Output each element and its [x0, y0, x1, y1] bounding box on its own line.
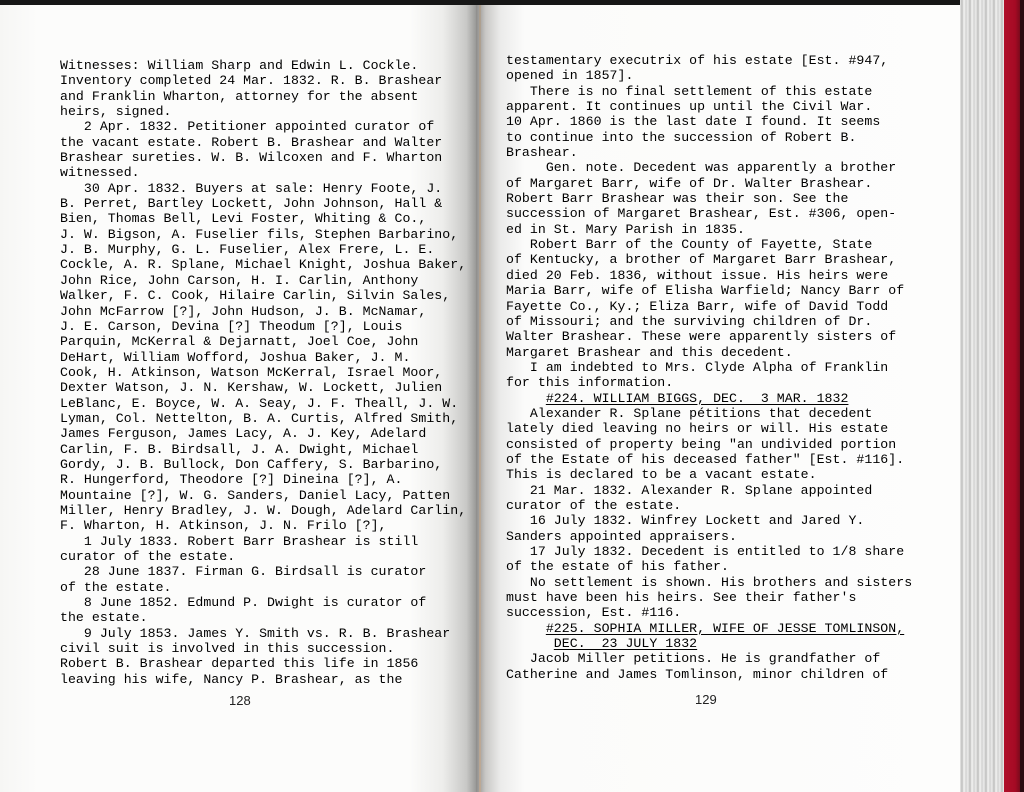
text-line: consisted of property being "an undivide… [506, 437, 912, 452]
text-line: of Kentucky, a brother of Margaret Barr … [506, 252, 912, 267]
text-line: B. Perret, Bartley Lockett, John Johnson… [60, 196, 466, 211]
text-line: J. B. Murphy, G. L. Fuselier, Alex Frere… [60, 242, 466, 257]
text-line: Dexter Watson, J. N. Kershaw, W. Lockett… [60, 380, 466, 395]
text-line: Cook, H. Atkinson, Watson McKerral, Isra… [60, 365, 466, 380]
entry-heading: #224. WILLIAM BIGGS, DEC. 3 MAR. 1832 [506, 391, 912, 406]
text-line: apparent. It continues up until the Civi… [506, 99, 912, 114]
text-line: John Rice, John Carson, H. I. Carlin, An… [60, 273, 466, 288]
text-line: Catherine and James Tomlinson, minor chi… [506, 667, 912, 682]
text-line: I am indebted to Mrs. Clyde Alpha of Fra… [506, 360, 912, 375]
text-line: of the Estate of his deceased father" [E… [506, 452, 912, 467]
text-line: 30 Apr. 1832. Buyers at sale: Henry Foot… [60, 181, 466, 196]
book-gutter [479, 5, 481, 792]
text-line: 21 Mar. 1832. Alexander R. Splane appoin… [506, 483, 912, 498]
text-line: Sanders appointed appraisers. [506, 529, 912, 544]
text-line: 9 July 1853. James Y. Smith vs. R. B. Br… [60, 626, 466, 641]
text-line: curator of the estate. [60, 549, 466, 564]
text-line: of Margaret Barr, wife of Dr. Walter Bra… [506, 176, 912, 191]
text-line: Walter Brashear. These were apparently s… [506, 329, 912, 344]
text-line: and Franklin Wharton, attorney for the a… [60, 89, 466, 104]
text-line: of the estate of his father. [506, 559, 912, 574]
text-line: leaving his wife, Nancy P. Brashear, as … [60, 672, 466, 687]
entry-heading: #225. SOPHIA MILLER, WIFE OF JESSE TOMLI… [506, 621, 912, 636]
open-book: Witnesses: William Sharp and Edwin L. Co… [0, 0, 1024, 792]
text-line: 8 June 1852. Edmund P. Dwight is curator… [60, 595, 466, 610]
text-line: died 20 Feb. 1836, without issue. His he… [506, 268, 912, 283]
text-line: Robert B. Brashear departed this life in… [60, 656, 466, 671]
text-line: testamentary executrix of his estate [Es… [506, 53, 912, 68]
text-line: 16 July 1832. Winfrey Lockett and Jared … [506, 513, 912, 528]
text-line: of Missouri; and the surviving children … [506, 314, 912, 329]
text-line: ed in St. Mary Parish in 1835. [506, 222, 912, 237]
text-line: witnessed. [60, 165, 466, 180]
text-line: for this information. [506, 375, 912, 390]
text-line: Parquin, McKerral & Dejarnatt, Joel Coe,… [60, 334, 466, 349]
text-line: heirs, signed. [60, 104, 466, 119]
text-line: the vacant estate. Robert B. Brashear an… [60, 135, 466, 150]
text-line: No settlement is shown. His brothers and… [506, 575, 912, 590]
text-line: Maria Barr, wife of Elisha Warfield; Nan… [506, 283, 912, 298]
text-line: succession of Margaret Brashear, Est. #3… [506, 206, 912, 221]
text-line: civil suit is involved in this successio… [60, 641, 466, 656]
entry-heading: DEC. 23 JULY 1832 [506, 636, 912, 651]
text-line: This is declared to be a vacant estate. [506, 467, 912, 482]
text-line: There is no final settlement of this est… [506, 84, 912, 99]
text-line: 2 Apr. 1832. Petitioner appointed curato… [60, 119, 466, 134]
text-line: Carlin, F. B. Birdsall, J. A. Dwight, Mi… [60, 442, 466, 457]
text-line: Gordy, J. B. Bullock, Don Caffery, S. Ba… [60, 457, 466, 472]
text-line: John McFarrow [?], John Hudson, J. B. Mc… [60, 304, 466, 319]
text-line: F. Wharton, H. Atkinson, J. N. Frilo [?]… [60, 518, 466, 533]
page-number-left: 128 [229, 693, 251, 708]
text-line: succession, Est. #116. [506, 605, 912, 620]
text-line: 28 June 1837. Firman G. Birdsall is cura… [60, 564, 466, 579]
text-line: Walker, F. C. Cook, Hilaire Carlin, Silv… [60, 288, 466, 303]
red-cover-edge [1004, 0, 1020, 792]
text-line: J. E. Carson, Devina [?] Theodum [?], Lo… [60, 319, 466, 334]
text-line: of the estate. [60, 580, 466, 595]
text-line: Robert Barr of the County of Fayette, St… [506, 237, 912, 252]
page-number-right: 129 [695, 692, 717, 707]
text-line: Alexander R. Splane pétitions that deced… [506, 406, 912, 421]
text-line: James Ferguson, James Lacy, A. J. Key, A… [60, 426, 466, 441]
text-line: opened in 1857]. [506, 68, 912, 83]
text-line: the estate. [60, 610, 466, 625]
text-line: Brashear sureties. W. B. Wilcoxen and F.… [60, 150, 466, 165]
right-page-text: testamentary executrix of his estate [Es… [506, 53, 912, 682]
text-line: Inventory completed 24 Mar. 1832. R. B. … [60, 73, 466, 88]
text-line: Fayette Co., Ky.; Eliza Barr, wife of Da… [506, 299, 912, 314]
page-fore-edge [960, 0, 1004, 792]
text-line: LeBlanc, E. Boyce, W. A. Seay, J. F. The… [60, 396, 466, 411]
left-page-text: Witnesses: William Sharp and Edwin L. Co… [60, 58, 466, 687]
text-line: Witnesses: William Sharp and Edwin L. Co… [60, 58, 466, 73]
text-line: DeHart, William Wofford, Joshua Baker, J… [60, 350, 466, 365]
text-line: Lyman, Col. Nettelton, B. A. Curtis, Alf… [60, 411, 466, 426]
text-line: Robert Barr Brashear was their son. See … [506, 191, 912, 206]
text-line: lately died leaving no heirs or will. Hi… [506, 421, 912, 436]
text-line: to continue into the succession of Rober… [506, 130, 912, 145]
text-line: 1 July 1833. Robert Barr Brashear is sti… [60, 534, 466, 549]
text-line: Margaret Brashear and this decedent. [506, 345, 912, 360]
text-line: 17 July 1832. Decedent is entitled to 1/… [506, 544, 912, 559]
text-line: Cockle, A. R. Splane, Michael Knight, Jo… [60, 257, 466, 272]
text-line: 10 Apr. 1860 is the last date I found. I… [506, 114, 912, 129]
text-line: Jacob Miller petitions. He is grandfathe… [506, 651, 912, 666]
text-line: Miller, Henry Bradley, J. W. Dough, Adel… [60, 503, 466, 518]
text-line: J. W. Bigson, A. Fuselier fils, Stephen … [60, 227, 466, 242]
text-line: Bien, Thomas Bell, Levi Foster, Whiting … [60, 211, 466, 226]
text-line: R. Hungerford, Theodore [?] Dineina [?],… [60, 472, 466, 487]
text-line: Gen. note. Decedent was apparently a bro… [506, 160, 912, 175]
text-line: Mountaine [?], W. G. Sanders, Daniel Lac… [60, 488, 466, 503]
text-line: Brashear. [506, 145, 912, 160]
cover-shadow [1020, 0, 1024, 792]
text-line: curator of the estate. [506, 498, 912, 513]
text-line: must have been his heirs. See their fath… [506, 590, 912, 605]
